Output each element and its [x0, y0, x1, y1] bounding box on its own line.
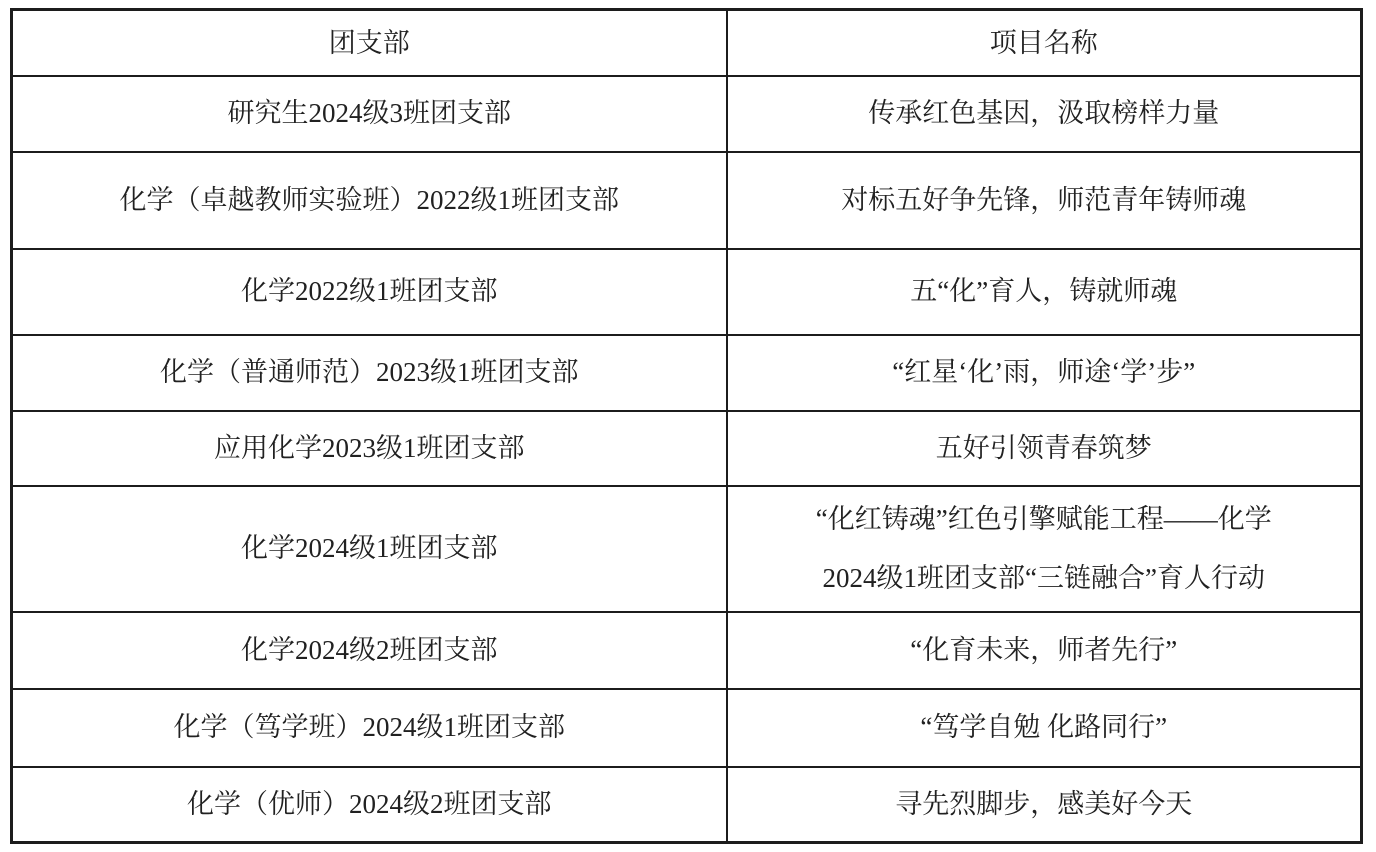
table-row: 化学（优师）2024级2班团支部 寻先烈脚步，感美好今天 — [12, 767, 1362, 843]
branch-cell: 化学（笃学班）2024级1班团支部 — [12, 689, 727, 767]
header-project-column: 项目名称 — [727, 10, 1362, 76]
branch-cell: 化学2024级1班团支部 — [12, 486, 727, 612]
project-cell: “笃学自勉 化路同行” — [727, 689, 1362, 767]
table-row: 化学2024级2班团支部 “化育未来，师者先行” — [12, 612, 1362, 689]
table-row: 化学2024级1班团支部 “化红铸魂”红色引擎赋能工程——化学 2024级1班团… — [12, 486, 1362, 612]
table-row: 化学（普通师范）2023级1班团支部 “红星‘化’雨，师途‘学’步” — [12, 335, 1362, 411]
project-cell: 传承红色基因，汲取榜样力量 — [727, 76, 1362, 152]
league-branch-project-table: 团支部 项目名称 研究生2024级3班团支部 传承红色基因，汲取榜样力量 化学（… — [10, 8, 1363, 844]
branch-cell: 应用化学2023级1班团支部 — [12, 411, 727, 486]
table-row: 研究生2024级3班团支部 传承红色基因，汲取榜样力量 — [12, 76, 1362, 152]
project-cell: “红星‘化’雨，师途‘学’步” — [727, 335, 1362, 411]
project-cell: “化红铸魂”红色引擎赋能工程——化学 2024级1班团支部“三链融合”育人行动 — [727, 486, 1362, 612]
table-row: 化学（笃学班）2024级1班团支部 “笃学自勉 化路同行” — [12, 689, 1362, 767]
document-page: 团支部 项目名称 研究生2024级3班团支部 传承红色基因，汲取榜样力量 化学（… — [0, 0, 1376, 852]
branch-cell: 化学（普通师范）2023级1班团支部 — [12, 335, 727, 411]
table-header-row: 团支部 项目名称 — [12, 10, 1362, 76]
table-row: 应用化学2023级1班团支部 五好引领青春筑梦 — [12, 411, 1362, 486]
table-row: 化学（卓越教师实验班）2022级1班团支部 对标五好争先锋，师范青年铸师魂 — [12, 152, 1362, 249]
branch-cell: 研究生2024级3班团支部 — [12, 76, 727, 152]
project-cell: 五好引领青春筑梦 — [727, 411, 1362, 486]
branch-cell: 化学2024级2班团支部 — [12, 612, 727, 689]
project-cell: 对标五好争先锋，师范青年铸师魂 — [727, 152, 1362, 249]
header-branch-column: 团支部 — [12, 10, 727, 76]
table-row: 化学2022级1班团支部 五“化”育人，铸就师魂 — [12, 249, 1362, 335]
project-cell: 寻先烈脚步，感美好今天 — [727, 767, 1362, 843]
branch-cell: 化学（优师）2024级2班团支部 — [12, 767, 727, 843]
branch-cell: 化学（卓越教师实验班）2022级1班团支部 — [12, 152, 727, 249]
branch-cell: 化学2022级1班团支部 — [12, 249, 727, 335]
project-cell: 五“化”育人，铸就师魂 — [727, 249, 1362, 335]
project-cell: “化育未来，师者先行” — [727, 612, 1362, 689]
